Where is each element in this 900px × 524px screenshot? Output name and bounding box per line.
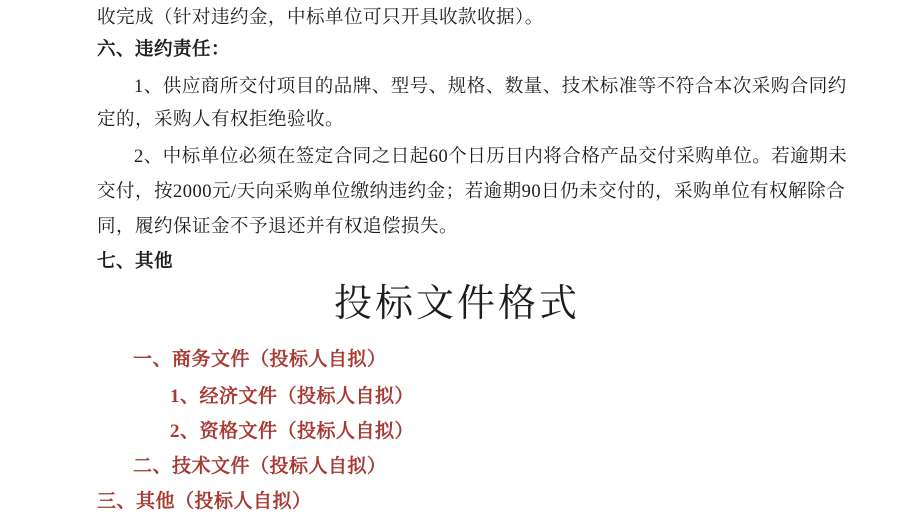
outline-item-economic-documents: 1、经济文件（投标人自拟） xyxy=(170,385,414,409)
bid-format-title: 投标文件格式 xyxy=(97,281,817,327)
document-page: 收完成（针对违约金，中标单位可只开具收款收据）。 六、违约责任： 1、供应商所交… xyxy=(0,0,900,524)
clause2-line3: 同，履约保证金不予退还并有权追偿损失。 xyxy=(97,215,458,239)
clause1-line2: 定的，采购人有权拒绝验收。 xyxy=(97,108,344,132)
section-heading-breach-liability: 六、违约责任： xyxy=(97,38,230,62)
outline-item-technical-documents: 二、技术文件（投标人自拟） xyxy=(133,455,387,479)
clause1-line1: 1、供应商所交付项目的品牌、型号、规格、数量、技术标准等不符合本次采购合同约 xyxy=(97,75,847,99)
outline-item-qualification-documents: 2、资格文件（投标人自拟） xyxy=(170,420,414,444)
outline-item-commercial-documents: 一、商务文件（投标人自拟） xyxy=(133,348,387,372)
clause2-line2: 交付，按2000元/天向采购单位缴纳违约金；若逾期90日仍未交付的，采购单位有权… xyxy=(97,180,845,204)
section-heading-other: 七、其他 xyxy=(97,250,173,274)
outline-item-other: 三、其他（投标人自拟） xyxy=(97,490,312,514)
clause2-line1: 2、中标单位必须在签定合同之日起60个日历日内将合格产品交付采购单位。若逾期未 xyxy=(97,145,847,169)
body-line-continuation: 收完成（针对违约金，中标单位可只开具收款收据）。 xyxy=(97,6,544,30)
